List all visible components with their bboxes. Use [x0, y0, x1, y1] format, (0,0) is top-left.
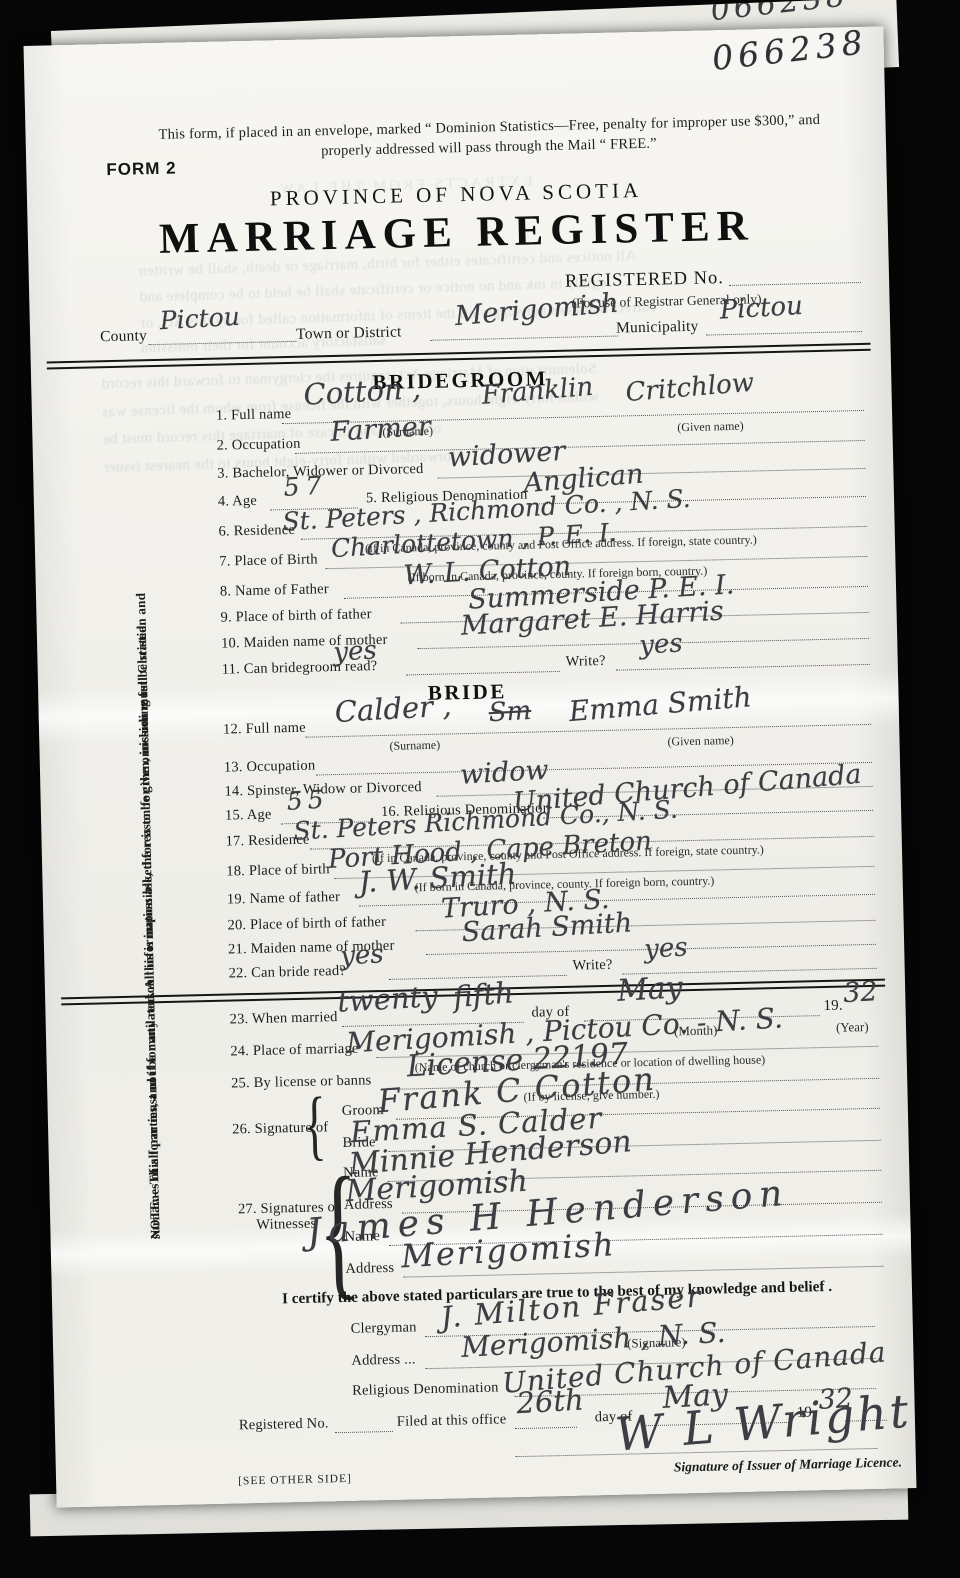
dotted-line	[359, 894, 875, 907]
year-note: (Year)	[836, 1019, 869, 1036]
dotted-line	[706, 331, 862, 336]
margin-note: NOTE.—This form must not be mutilated. A…	[129, 568, 144, 1240]
handwriting-br-struck-word: Sm	[488, 696, 532, 728]
witness2-address-label: Address	[345, 1260, 394, 1278]
given-name-note: (Given name)	[677, 419, 744, 436]
municipality-label: Municipality	[616, 318, 699, 338]
dotted-line	[515, 1427, 577, 1429]
year-printed: 19.	[823, 998, 843, 1015]
stamp-number: 066238	[710, 22, 869, 78]
write-label: Write?	[572, 957, 612, 975]
handwriting-day-word-2: fifth	[452, 975, 515, 1014]
handwriting-br-age: 55	[286, 785, 329, 816]
marriage-register-form: EXTRACTS FROM THE LAW All notices and ce…	[24, 26, 917, 1507]
handwriting-bg-can-read: yes	[333, 635, 378, 667]
dotted-line	[430, 336, 618, 341]
registered-no-footer-label: Registered No.	[239, 1415, 329, 1434]
field-label-br-birthplace: 18. Place of birth	[226, 861, 330, 880]
handwriting-bg-age: 57	[283, 470, 328, 501]
handwriting-bg-occupation: Farmer	[330, 411, 432, 448]
handwriting-filed-day: 26th	[515, 1382, 584, 1420]
given-name-note: (Given name)	[667, 733, 734, 750]
dotted-line	[335, 1431, 393, 1433]
clergyman-address-label: Address ...	[351, 1351, 416, 1369]
field-label-place-of-marriage: 24. Place of marriage	[230, 1041, 359, 1061]
handwriting-month: May	[616, 970, 683, 1009]
field-label-br-full-name: 12. Full name	[223, 720, 306, 739]
field-label-bg-father: 8. Name of Father	[220, 581, 329, 600]
issuer-signature-label: Signature of Issuer of Marriage Licence.	[674, 1454, 902, 1475]
field-label-br-can-read: 22. Can bride read?	[228, 963, 346, 983]
county-label: County	[100, 327, 147, 346]
handwriting-year: 32	[842, 976, 878, 1009]
field-label-bg-occupation: 2. Occupation	[216, 436, 300, 455]
handwriting-br-can-read: yes	[339, 939, 384, 971]
handwriting-br-can-write: yes	[643, 932, 688, 964]
dotted-line	[729, 282, 861, 286]
field-label-bg-birthplace: 7. Place of Birth	[219, 551, 318, 570]
field-label-br-age: 15. Age	[225, 807, 272, 825]
field-label-br-father-birthplace: 20. Place of birth of father	[227, 914, 386, 935]
field-label-br-occupation: 13. Occupation	[224, 758, 316, 777]
field-label-br-father: 19. Name of father	[227, 889, 340, 909]
handwriting-day-word-1: twenty	[336, 979, 438, 1019]
field-label-bg-father-birthplace: 9. Place of birth of father	[220, 606, 372, 626]
write-label: Write?	[565, 653, 605, 671]
field-label-bg-full-name: 1. Full name	[216, 406, 292, 425]
surname-note: (Surname)	[389, 738, 440, 754]
field-label-license-or-banns: 25. By license or banns	[231, 1072, 372, 1092]
handwriting-bg-surname: Cotton ,	[303, 371, 422, 412]
dotted-line	[616, 664, 870, 671]
handwriting-municipality: Pictou	[719, 291, 804, 326]
filed-label: Filed at this office	[397, 1411, 507, 1430]
clergyman-label: Clergyman	[351, 1319, 417, 1337]
scanned-document: 066238 EXTRACTS FROM THE LAW All notices…	[0, 0, 960, 1578]
form-number: FORM 2	[106, 159, 177, 181]
field-label-when-married: 23. When married	[229, 1009, 337, 1028]
denomination-label: Religious Denomination	[352, 1380, 499, 1400]
handwriting-county: Pictou	[159, 302, 241, 336]
field-label-bg-age: 4. Age	[218, 493, 257, 511]
stamp-number-partial: 066238	[709, 0, 851, 28]
see-other-side: [SEE OTHER SIDE]	[238, 1473, 352, 1488]
dotted-line	[406, 671, 560, 675]
handwriting-br-surname: Calder ,	[334, 688, 453, 729]
town-label: Town or District	[296, 323, 402, 343]
handwriting-bg-can-write: yes	[638, 628, 683, 660]
